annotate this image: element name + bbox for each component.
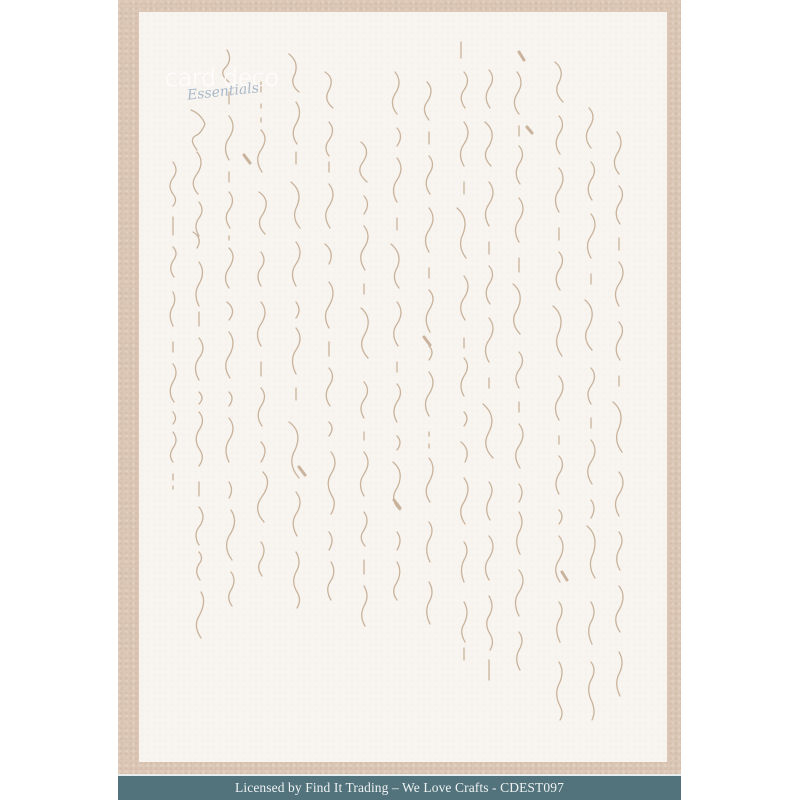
handwriting-pattern	[139, 12, 667, 762]
license-footer: Licensed by Find It Trading – We Love Cr…	[118, 776, 681, 800]
script-paper-panel: card deco Essentials	[139, 12, 667, 762]
brand-logo: card deco Essentials	[165, 64, 305, 114]
paper-card: card deco Essentials	[118, 0, 681, 774]
license-text: Licensed by Find It Trading – We Love Cr…	[235, 780, 564, 796]
